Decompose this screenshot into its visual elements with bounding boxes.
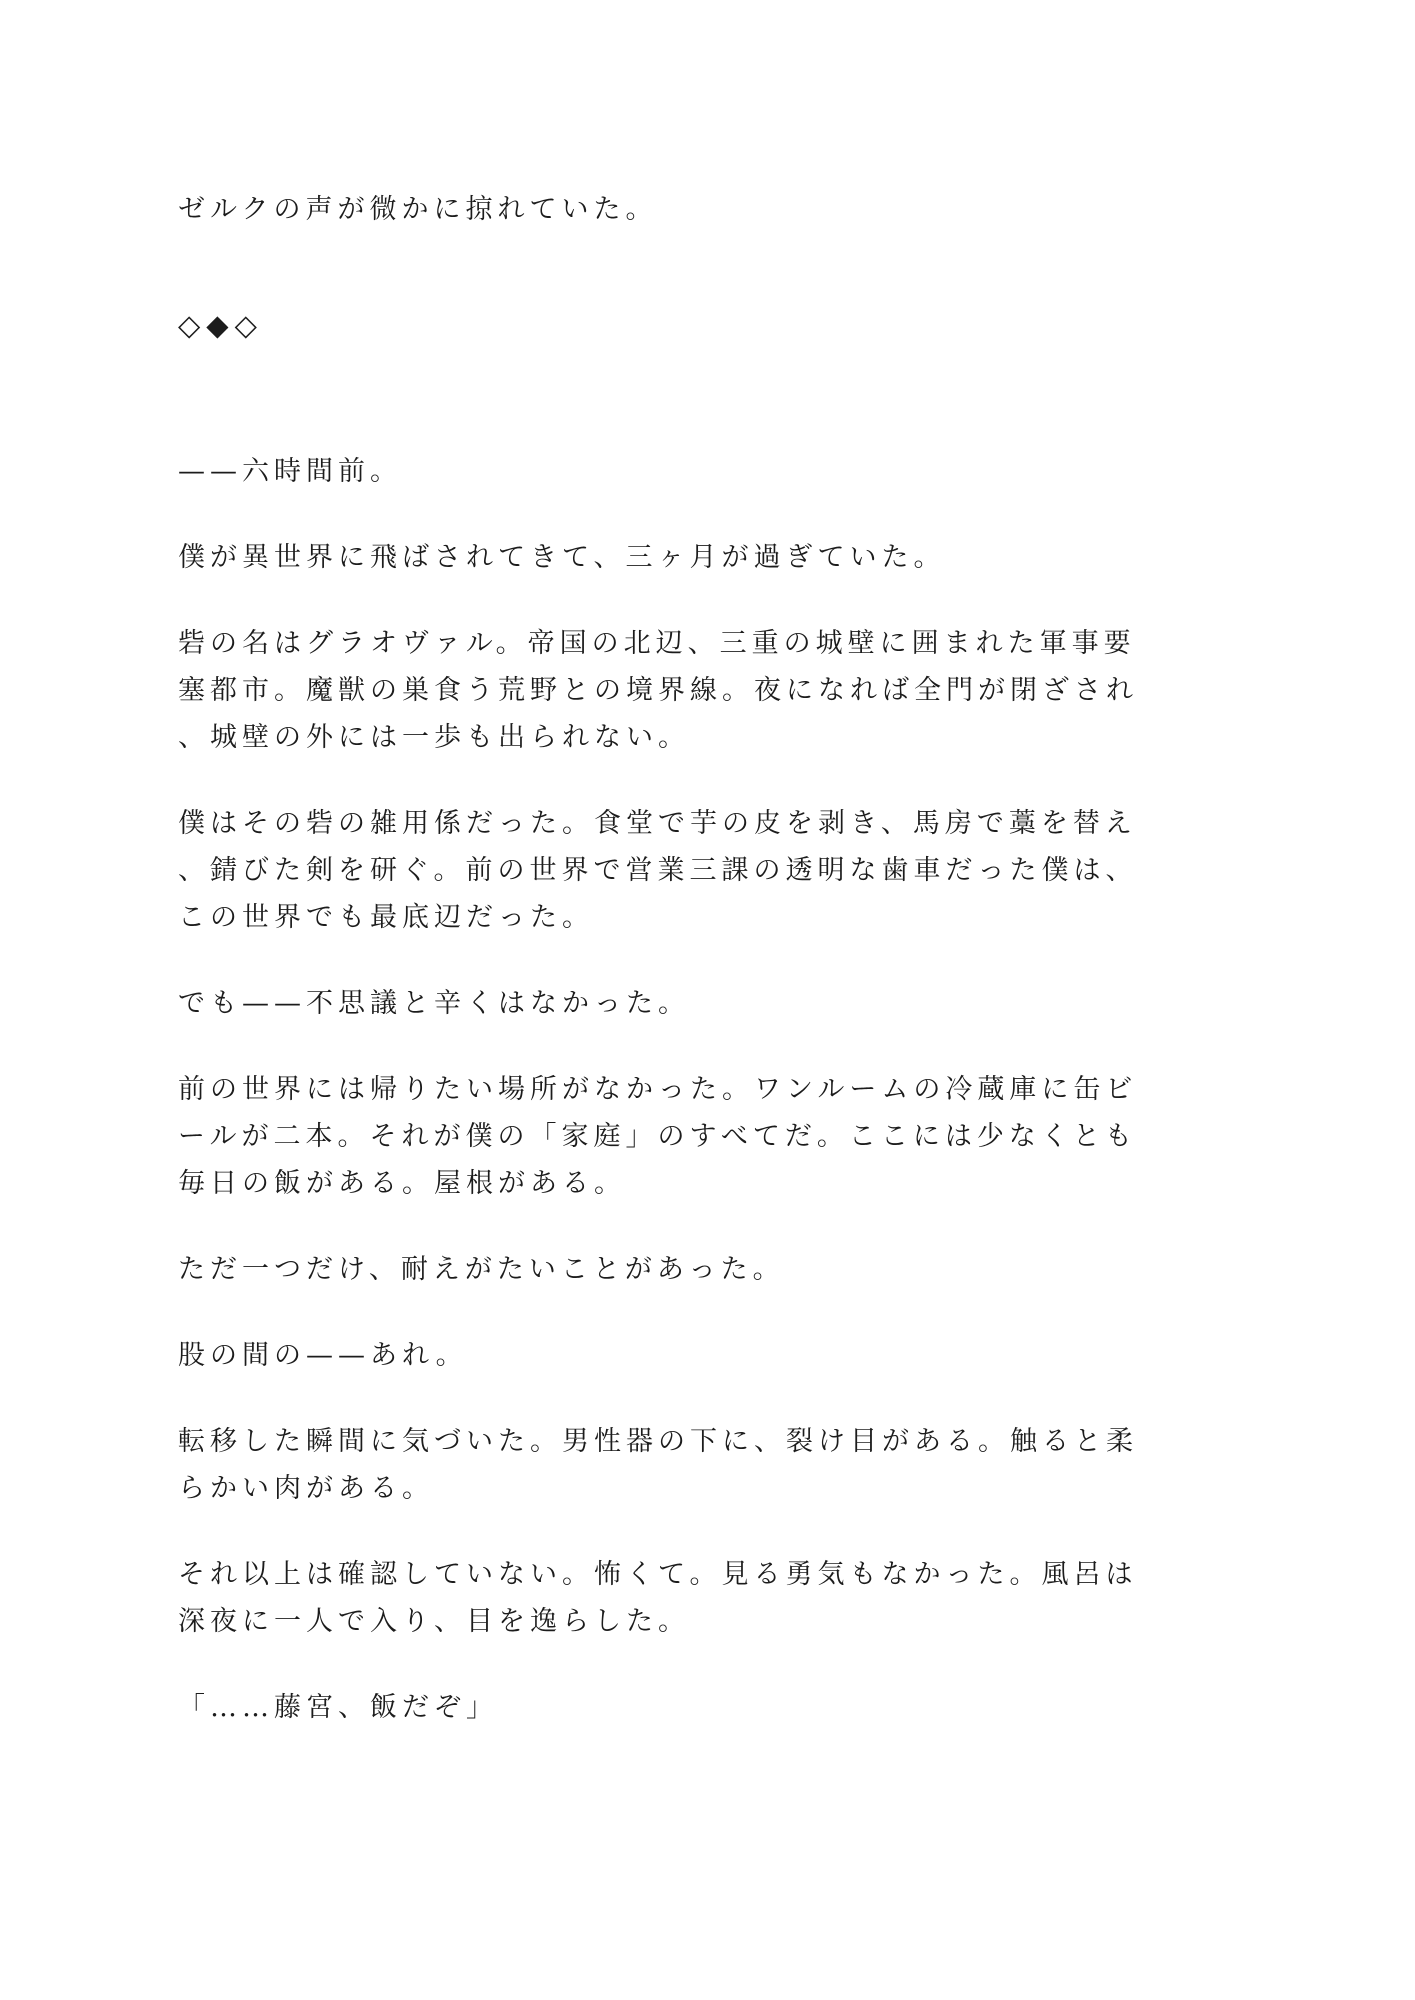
text-line: それ以上は確認していない。怖くて。見る勇気もなかった。風呂は: [178, 1551, 1295, 1598]
paragraph: 砦の名はグラオヴァル。帝国の北辺、三重の城壁に囲まれた軍事要塞都市。魔獣の巣食う…: [178, 620, 1295, 761]
paragraph: 僕はその砦の雑用係だった。食堂で芋の皮を剥き、馬房で藁を替え、錆びた剣を研ぐ。前…: [178, 800, 1295, 941]
section-separator: ◇◆◇: [178, 302, 1295, 349]
text-line: 僕が異世界に飛ばされてきて、三ヶ月が過ぎていた。: [178, 534, 1295, 581]
text-line: ——六時間前。: [178, 448, 1295, 495]
text-line: 「……藤宮、飯だぞ」: [178, 1684, 1295, 1731]
text-line: 砦の名はグラオヴァル。帝国の北辺、三重の城壁に囲まれた軍事要: [178, 620, 1295, 667]
paragraph: でも——不思議と辛くはなかった。: [178, 980, 1295, 1027]
paragraph: 「……藤宮、飯だぞ」: [178, 1684, 1295, 1731]
text-line: 毎日の飯がある。屋根がある。: [178, 1160, 1295, 1207]
paragraph: ——六時間前。: [178, 448, 1295, 495]
paragraph: 股の間の——あれ。: [178, 1332, 1295, 1379]
separator-ornament: ◇◆◇: [178, 302, 1295, 349]
text-line: でも——不思議と辛くはなかった。: [178, 980, 1295, 1027]
text-line: ールが二本。それが僕の「家庭」のすべてだ。ここには少なくとも: [178, 1113, 1295, 1160]
paragraph: 僕が異世界に飛ばされてきて、三ヶ月が過ぎていた。: [178, 534, 1295, 581]
text-line: 股の間の——あれ。: [178, 1332, 1295, 1379]
paragraph: 前の世界には帰りたい場所がなかった。ワンルームの冷蔵庫に缶ビールが二本。それが僕…: [178, 1066, 1295, 1207]
paragraph: 転移した瞬間に気づいた。男性器の下に、裂け目がある。触ると柔らかい肉がある。: [178, 1418, 1295, 1512]
text-line: 、錆びた剣を研ぐ。前の世界で営業三課の透明な歯車だった僕は、: [178, 847, 1295, 894]
paragraph: それ以上は確認していない。怖くて。見る勇気もなかった。風呂は深夜に一人で入り、目…: [178, 1551, 1295, 1645]
text-line: 転移した瞬間に気づいた。男性器の下に、裂け目がある。触ると柔: [178, 1418, 1295, 1465]
text-line: らかい肉がある。: [178, 1465, 1295, 1512]
text-line: 僕はその砦の雑用係だった。食堂で芋の皮を剥き、馬房で藁を替え: [178, 800, 1295, 847]
paragraph: ただ一つだけ、耐えがたいことがあった。: [178, 1246, 1295, 1293]
text-line: 前の世界には帰りたい場所がなかった。ワンルームの冷蔵庫に缶ビ: [178, 1066, 1295, 1113]
text-line: 塞都市。魔獣の巣食う荒野との境界線。夜になれば全門が閉ざされ: [178, 667, 1295, 714]
novel-page: ゼルクの声が微かに掠れていた。◇◆◇——六時間前。僕が異世界に飛ばされてきて、三…: [0, 0, 1415, 2000]
text-line: ただ一つだけ、耐えがたいことがあった。: [178, 1246, 1295, 1293]
text-line: この世界でも最底辺だった。: [178, 894, 1295, 941]
text-line: 深夜に一人で入り、目を逸らした。: [178, 1598, 1295, 1645]
text-line: ゼルクの声が微かに掠れていた。: [178, 186, 1295, 233]
text-line: 、城壁の外には一歩も出られない。: [178, 714, 1295, 761]
text-content: ゼルクの声が微かに掠れていた。◇◆◇——六時間前。僕が異世界に飛ばされてきて、三…: [0, 0, 1415, 1770]
paragraph: ゼルクの声が微かに掠れていた。: [178, 186, 1295, 233]
